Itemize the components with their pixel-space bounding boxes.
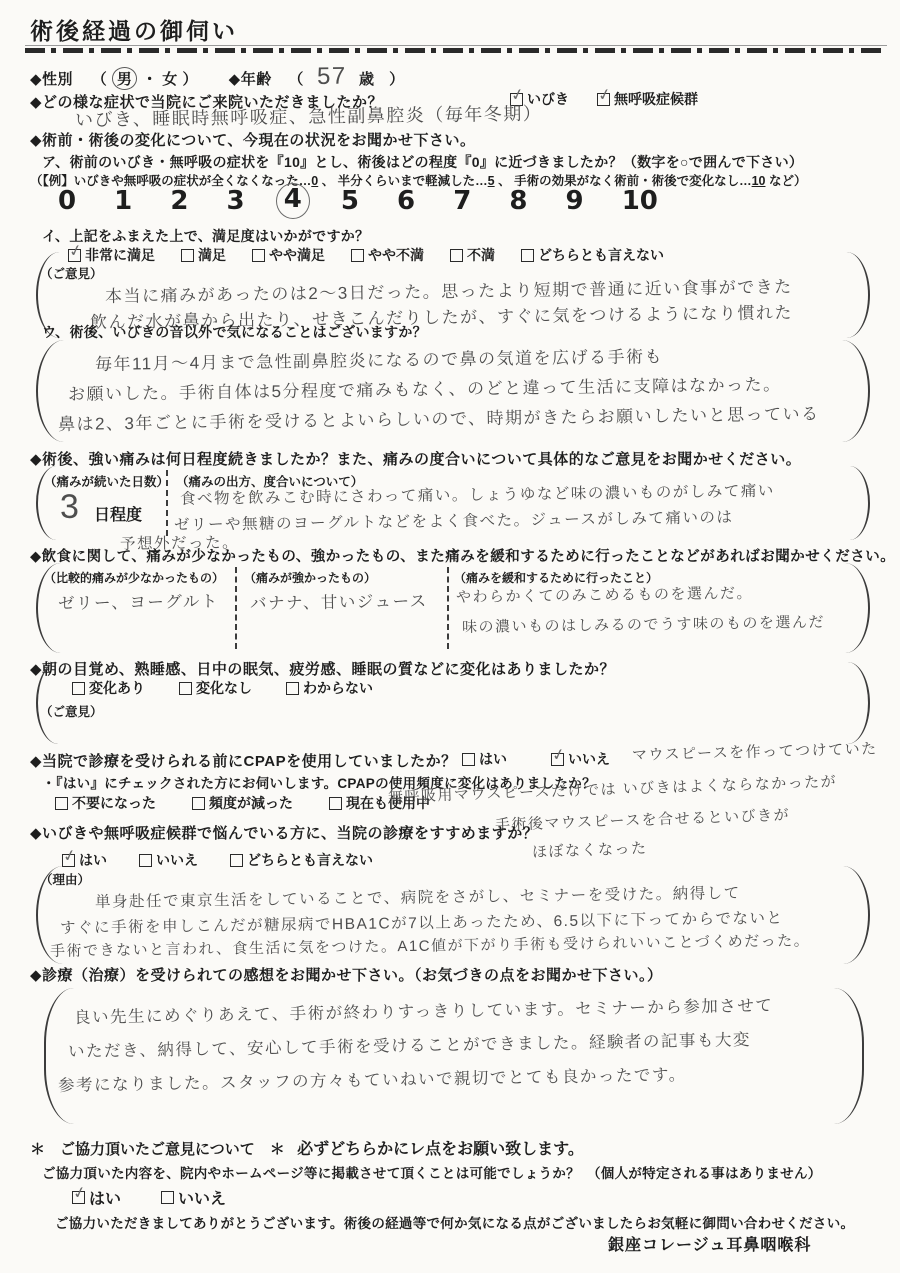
consent-question: ご協力頂いた内容を、院内やホームページ等に掲載させて頂くことは可能でしょうか？ … <box>42 1162 822 1182</box>
thanks-note: ご協力いただきましてありがとうございます。術後の経過等で何か気になる点がございま… <box>55 1212 854 1232</box>
comment-label: （ご意見） <box>40 264 103 282</box>
checkbox-consent-no: いいえ <box>161 1186 226 1209</box>
example-num-10: 10 <box>752 174 766 188</box>
food-less-label: （比較的痛みが少なかったもの） <box>44 569 224 586</box>
check-mark: ✓ <box>61 844 78 866</box>
consent-heading-right: 必ずどちらかにレ点をお願い致します。 <box>297 1141 584 1158</box>
cpap-options: はい ✓いいえ <box>462 749 610 769</box>
checkbox-cpap-no: ✓いいえ <box>551 749 610 769</box>
gender-male-circled: 男 <box>112 67 138 90</box>
scale-number-5: 5 <box>341 186 359 216</box>
cpap-question: ◆当院で診療を受けられる前にCPAPを使用していましたか？ <box>30 750 457 771</box>
checkbox-changed: 変化あり <box>72 678 145 698</box>
age-value-handwritten: 57 <box>316 63 346 91</box>
sleep-comment-label: （ご意見） <box>40 702 103 720</box>
check-mark: ✓ <box>71 1182 88 1204</box>
sleep-comment-box <box>36 662 870 744</box>
checkbox-label: わからない <box>303 678 373 698</box>
scale-number-4-circled: 4 <box>276 183 310 219</box>
age-label: ◆年齢 <box>229 71 272 88</box>
satisfaction-question: イ、上記をふまえた上で、満足度はいかがですか？ <box>42 226 369 246</box>
other-question: ウ、術後、いびきの音以外で気になることはございますか？ <box>42 322 427 342</box>
example-part: など） <box>765 174 806 188</box>
checkbox-square <box>329 797 342 810</box>
title-dash-rule <box>25 48 887 53</box>
checkbox-square: ✓ <box>72 1191 85 1204</box>
checkbox-consent-yes: ✓はい <box>72 1186 121 1209</box>
food-more-label: （痛みが強かったもの） <box>244 569 376 586</box>
scale-number-7: 7 <box>453 186 471 216</box>
profile-row: ◆性別 （ 男 ・ 女 ） ◆年齢 （ 57 歳 ） <box>30 63 405 91</box>
food-less-value: ゼリー、ヨーグルト <box>58 588 219 614</box>
check-mark: ✓ <box>550 743 567 765</box>
symptom-answer-handwritten: いびき、睡眠時無呼吸症、急性副鼻腔炎（毎年冬期） <box>75 99 543 132</box>
checkbox-square: ✓ <box>597 93 610 106</box>
scale-number-10: 10 <box>622 186 658 216</box>
scale-number-0: 0 <box>58 186 76 216</box>
checkbox-label: 頻度が減った <box>209 793 293 813</box>
cpap-overlay-line2: 手術後マウスピースを合せるといびきが <box>495 804 791 835</box>
age-paren-open: （ <box>288 71 304 88</box>
scale-number-1: 1 <box>114 186 132 216</box>
checkbox-frequency-reduced: 頻度が減った <box>192 793 293 813</box>
scale-number-3: 3 <box>227 186 245 216</box>
pain-days-unit: 日程度 <box>94 502 142 525</box>
food-relief-line1: やわらかくてのみこめるものを選んだ。 <box>456 582 753 607</box>
cpap-followup-options: 不要になった 頻度が減った 現在も使用中 <box>55 793 430 813</box>
title-rule <box>25 45 887 46</box>
checkbox-no-change: 変化なし <box>179 678 252 698</box>
checkbox-label: はい <box>479 749 507 769</box>
recommend-question: ◆いびきや無呼吸症候群で悩んでいる方に、当院の診療をすすめますか？ <box>30 822 538 843</box>
checkbox-apnea: ✓ 無呼吸症候群 <box>597 89 698 109</box>
food-box-divider2 <box>447 567 449 649</box>
paren-close: ） <box>182 71 198 88</box>
checkbox-square <box>286 682 299 695</box>
change-heading: ◆術前・術後の変化について、今現在の状況をお聞かせ下さい。 <box>30 129 475 150</box>
age-unit: 歳 <box>359 71 375 88</box>
page-title: 術後経過の御伺い <box>30 13 238 46</box>
cpap-overlay-line3: ほぼなくなった <box>532 837 648 862</box>
checkbox-label: 無呼吸症候群 <box>614 89 698 109</box>
checkbox-label: いいえ <box>178 1186 226 1209</box>
checkbox-label: 変化なし <box>196 678 252 698</box>
checkbox-square <box>161 1191 174 1204</box>
checkbox-label: 変化あり <box>89 678 145 698</box>
checkbox-square: ✓ <box>62 854 75 867</box>
checkbox-dont-know: わからない <box>286 678 373 698</box>
age-paren-close: ） <box>389 71 405 88</box>
gender-label: ◆性別 <box>30 71 73 88</box>
clinic-name: 銀座コレージュ耳鼻咽喉科 <box>608 1232 811 1255</box>
scanned-questionnaire-page: 術後経過の御伺い ◆性別 （ 男 ・ 女 ） ◆年齢 （ 57 歳 ） ◆どの様… <box>0 0 900 1273</box>
reason-label: （理由） <box>40 870 90 888</box>
consent-options: ✓はい いいえ <box>72 1186 226 1209</box>
gender-female: 女 <box>162 71 178 88</box>
checkbox-square <box>55 797 68 810</box>
checkbox-square <box>72 682 85 695</box>
checkbox-label: はい <box>89 1186 121 1209</box>
scale-number-8: 8 <box>509 186 527 216</box>
pain-days-value-handwritten: 3 <box>60 488 81 527</box>
scale-number-6: 6 <box>397 186 415 216</box>
checkbox-square: ✓ <box>551 753 564 766</box>
food-box-divider1 <box>235 567 237 649</box>
consent-heading: ＊ ご協力頂いたご意見について ＊ 必ずどちらかにレ点をお願い致します。 <box>30 1136 584 1159</box>
checkbox-square <box>192 797 205 810</box>
checkbox-square <box>462 753 475 766</box>
check-mark: ✓ <box>596 83 613 105</box>
gender-separator: ・ <box>142 71 158 88</box>
checkbox-cpap-yes: はい <box>462 749 507 769</box>
food-more-value: バナナ、甘いジュース <box>250 588 428 614</box>
scale-number-9: 9 <box>566 186 584 216</box>
checkbox-no-longer-needed: 不要になった <box>55 793 156 813</box>
checkbox-label: いいえ <box>568 749 610 769</box>
checkbox-square <box>139 854 152 867</box>
checkbox-square <box>230 854 243 867</box>
sleep-options: 変化あり 変化なし わからない <box>72 678 373 698</box>
paren-open: （ <box>92 71 108 88</box>
consent-heading-left: ＊ ご協力頂いたご意見について ＊ <box>30 1141 285 1158</box>
impression-question: ◆診療（治療）を受けられての感想をお聞かせ下さい。（お気づきの点をお聞かせ下さい… <box>30 964 663 985</box>
checkbox-square <box>179 682 192 695</box>
severity-scale: 0 1 2 3 4 5 6 7 8 9 10 <box>58 186 658 216</box>
scale-question: ア、術前のいびき・無呼吸の症状を『10』とし、術後はどの程度『0』に近づきました… <box>42 152 803 172</box>
checkbox-label: 不要になった <box>72 793 156 813</box>
scale-number-2: 2 <box>170 186 188 216</box>
